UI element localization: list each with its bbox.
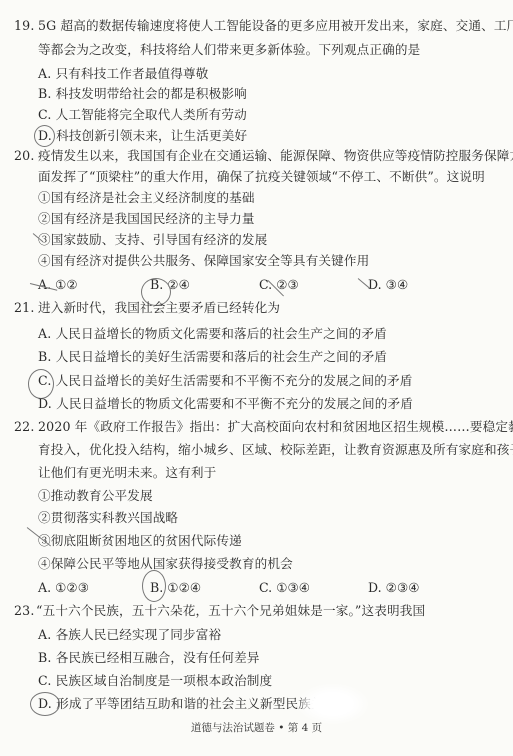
option-a[interactable]: A. 人民日益增长的物质文化需要和落后的社会生产之间的矛盾 xyxy=(38,326,387,342)
exam-page: 19. 5G 超高的数据传输速度将使人工智能设备的更多应用被开发出来，家庭、交通… xyxy=(0,0,513,756)
statement-4: ④国有经济对提供公共服务、保障国家安全等具有关键作用 xyxy=(38,253,369,269)
option-a[interactable]: A. ①②③ xyxy=(38,580,89,596)
question-stem: 面发挥了“顶梁柱”的重大作用，确保了抗疫关键领域“不停工、不断供”。这说明 xyxy=(38,169,485,185)
option-d[interactable]: D. 科技创新引领未来，让生活更美好 xyxy=(38,128,247,144)
question-stem: 等都会为之改变，科技将给人们带来更多新体验。下列观点正确的是 xyxy=(38,42,420,58)
option-c[interactable]: C. 人民日益增长的美好生活需要和不平衡不充分的发展之间的矛盾 xyxy=(38,373,412,389)
option-c[interactable]: C. 民族区域自治制度是一项根本政治制度 xyxy=(38,673,272,689)
statement-1: ①国有经济是社会主义经济制度的基础 xyxy=(38,190,255,206)
question-stem: 让他们有更光明未来。这有利于 xyxy=(38,465,216,481)
question-number: 19. xyxy=(14,18,34,34)
statement-2: ②贯彻落实科教兴国战略 xyxy=(38,510,178,526)
question-stem: 5G 超高的数据传输速度将使人工智能设备的更多应用被开发出来，家庭、交通、工厂 xyxy=(38,18,513,34)
question-number: 21. xyxy=(14,300,34,316)
question-number: 20. xyxy=(14,148,34,164)
option-b[interactable]: B. 各民族已经相互融合，没有任何差异 xyxy=(38,650,260,666)
option-c[interactable]: C. ②③ xyxy=(259,277,299,293)
option-d[interactable]: D. ③④ xyxy=(368,277,408,293)
statement-4: ④保障公民平等地从国家获得接受教育的机会 xyxy=(38,556,293,572)
option-a[interactable]: A. 各族人民已经实现了同步富裕 xyxy=(38,627,221,643)
option-a[interactable]: A. ①② xyxy=(38,277,78,293)
option-d[interactable]: D. ②③④ xyxy=(368,580,420,596)
option-b[interactable]: B. 人民日益增长的美好生活需要和落后的社会生产之间的矛盾 xyxy=(38,349,387,365)
statement-3: ③国家鼓励、支持、引导国有经济的发展 xyxy=(38,232,267,248)
option-b[interactable]: B. ②④ xyxy=(150,277,190,293)
statement-1: ①推动教育公平发展 xyxy=(38,488,153,504)
scan-smudge xyxy=(298,684,368,724)
question-stem: “五十六个民族，五十六朵花，五十六个兄弟姐妹是一家。”这表明我国 xyxy=(36,603,425,619)
option-b[interactable]: B. ①②④ xyxy=(150,580,201,596)
option-d[interactable]: D. 形成了平等团结互助和谐的社会主义新型民族关系 xyxy=(38,696,336,712)
question-number: 23. xyxy=(14,603,34,619)
option-c[interactable]: C. ①③④ xyxy=(259,580,310,596)
option-c[interactable]: C. 人工智能将完全取代人类所有劳动 xyxy=(38,107,247,123)
question-stem: 疫情发生以来，我国国有企业在交通运输、能源保障、物资供应等疫情防控服务保障方 xyxy=(38,148,513,164)
option-a[interactable]: A. 只有科技工作者最值得尊敬 xyxy=(38,66,209,82)
statement-3: ③彻底阻断贫困地区的贫困代际传递 xyxy=(38,533,242,549)
option-d[interactable]: D. 人民日益增长的物质文化需要和不平衡不充分的发展之间的矛盾 xyxy=(38,396,413,412)
question-stem: 育投入，优化投入结构，缩小城乡、区域、校际差距，让教育资源惠及所有家庭和孩子， xyxy=(38,442,513,458)
option-b[interactable]: B. 科技发明带给社会的都是积极影响 xyxy=(38,86,247,102)
question-stem: 2020 年《政府工作报告》指出：扩大高校面向农村和贫困地区招生规模……要稳定教 xyxy=(38,419,513,435)
question-number: 22. xyxy=(14,419,34,435)
statement-2: ②国有经济是我国国民经济的主导力量 xyxy=(38,211,255,227)
question-stem: 进入新时代，我国社会主要矛盾已经转化为 xyxy=(38,300,280,316)
page-footer: 道德与法治试题卷 • 第 4 页 xyxy=(0,720,513,735)
